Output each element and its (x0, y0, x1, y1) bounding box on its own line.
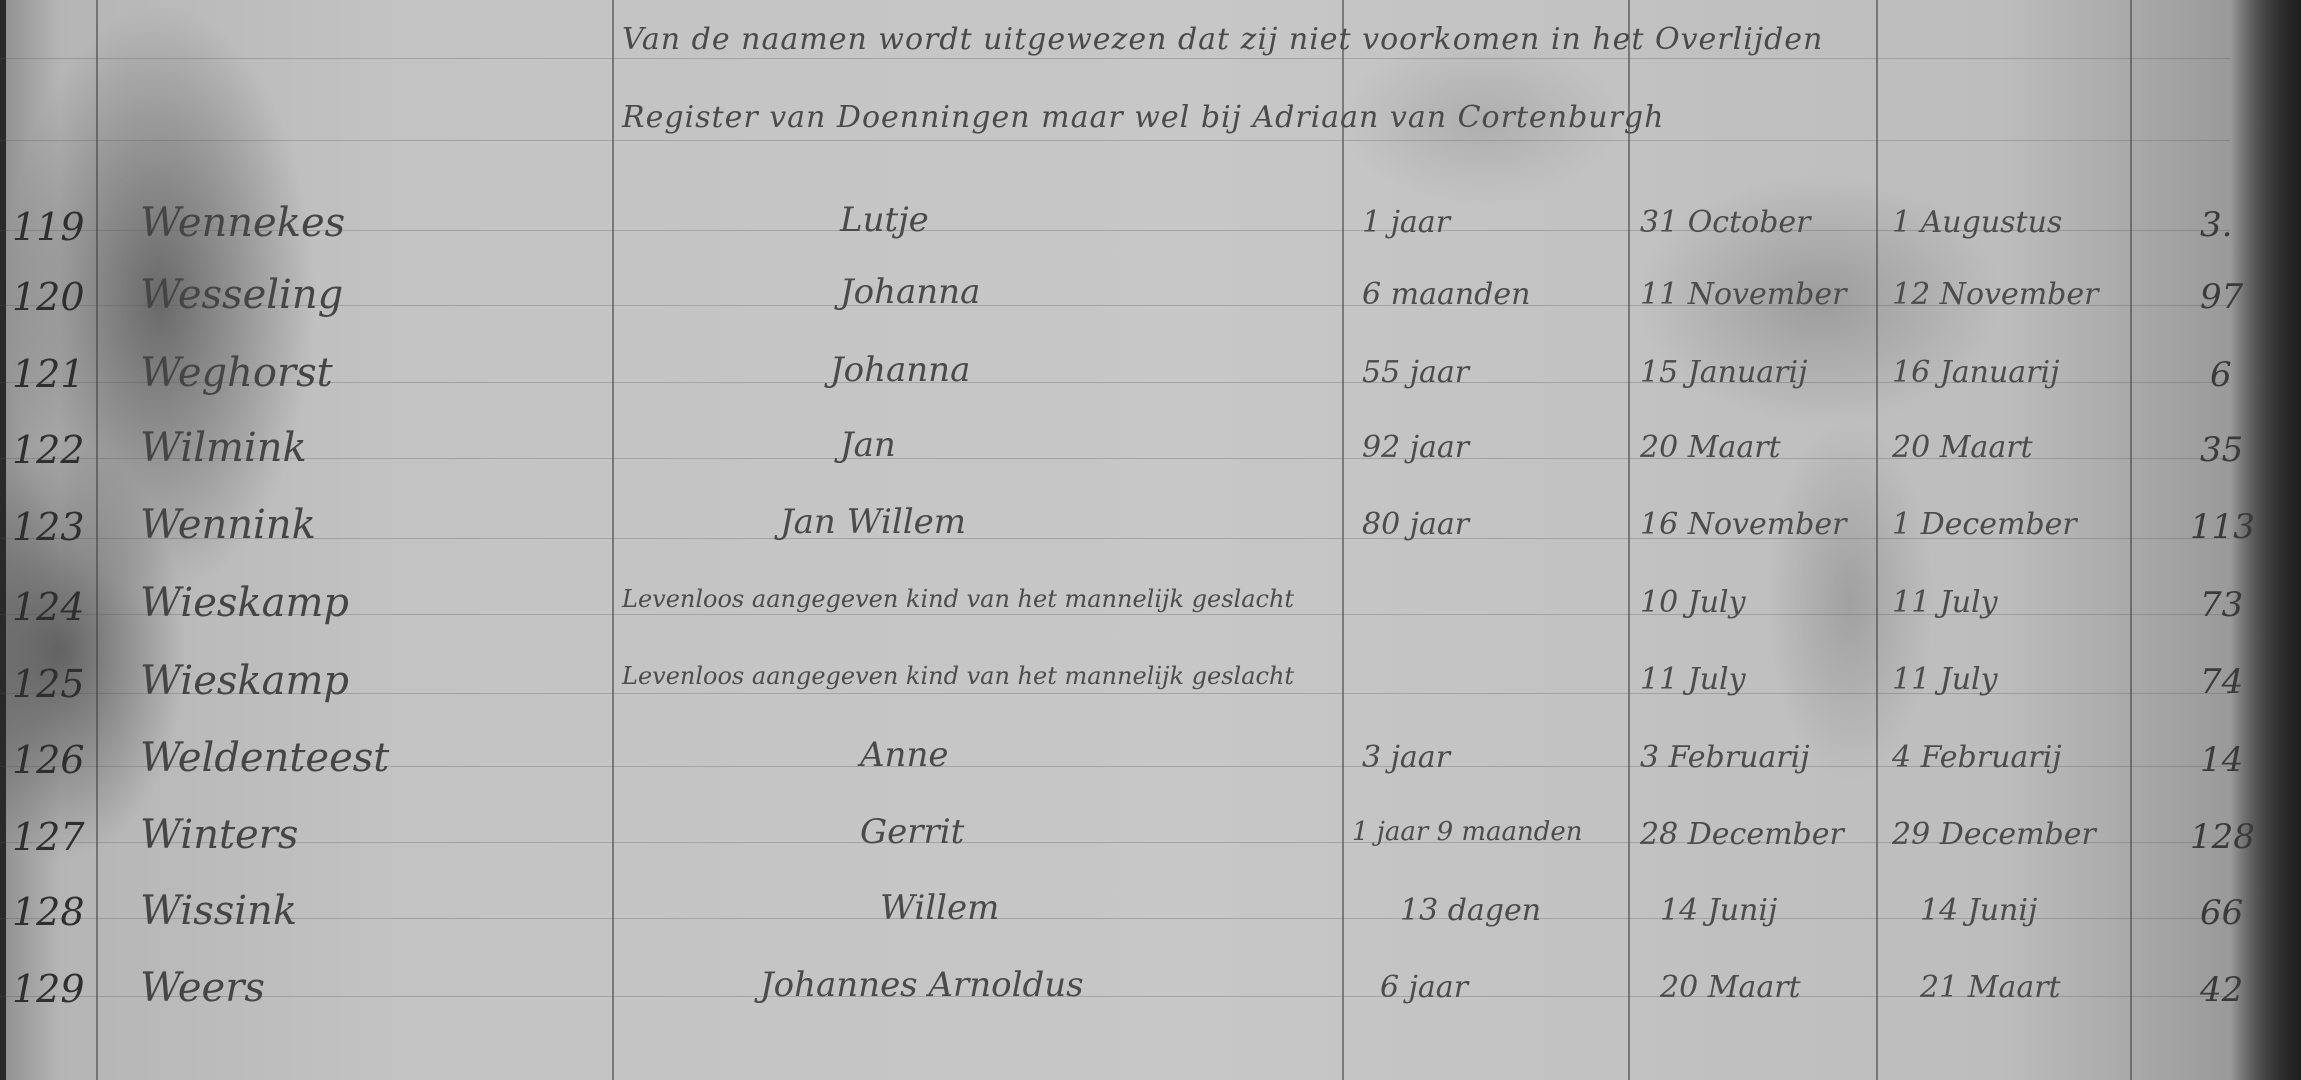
entry-number: 123 (12, 505, 85, 549)
surname: Wesseling (140, 272, 343, 318)
age: 55 jaar (1362, 355, 1469, 390)
age: 6 jaar (1380, 970, 1468, 1005)
entry-number: 129 (12, 967, 85, 1011)
given-name: Jan (840, 425, 896, 465)
act-number: 35 (2200, 430, 2243, 470)
surname: Wissink (140, 888, 297, 934)
surname: Wennekes (140, 200, 345, 246)
column-rule (612, 0, 614, 1080)
age: 92 jaar (1362, 430, 1469, 465)
death-date: 20 Maart (1640, 430, 1781, 465)
age: 6 maanden (1362, 277, 1530, 312)
ruled-line (0, 58, 2230, 59)
death-date: 3 Februarij (1640, 740, 1810, 775)
age: 3 jaar (1362, 740, 1450, 775)
given-name: Willem (880, 888, 999, 928)
entry-number: 128 (12, 890, 85, 934)
surname: Wennink (140, 502, 316, 548)
surname: Weers (140, 965, 265, 1011)
entry-number: 124 (12, 585, 85, 629)
death-date: 11 November (1640, 277, 1846, 312)
surname: Wieskamp (140, 658, 349, 704)
registration-date: 14 Junij (1920, 893, 2037, 928)
entry-number: 120 (12, 275, 85, 319)
act-number: 6 (2210, 355, 2232, 395)
surname: Wilmink (140, 425, 307, 471)
registration-date: 29 December (1892, 817, 2096, 852)
given-name: Levenloos aangegeven kind van het mannel… (622, 585, 1294, 613)
registration-date: 4 Februarij (1892, 740, 2062, 775)
header-line-1: Van de naamen wordt uitgewezen dat zij n… (622, 22, 1823, 57)
registration-date: 11 July (1892, 585, 1998, 620)
act-number: 3. (2200, 205, 2232, 245)
column-rule (1876, 0, 1878, 1080)
death-date: 28 December (1640, 817, 1844, 852)
ruled-line (0, 140, 2230, 141)
registration-date: 1 Augustus (1892, 205, 2062, 240)
ruled-line (0, 918, 2230, 919)
column-rule (2130, 0, 2132, 1080)
surname: Wieskamp (140, 580, 349, 626)
registration-date: 11 July (1892, 662, 1998, 697)
surname: Weldenteest (140, 735, 389, 781)
age: 80 jaar (1362, 507, 1469, 542)
given-name: Levenloos aangegeven kind van het mannel… (622, 662, 1294, 690)
header-line-2: Register van Doenningen maar wel bij Adr… (622, 100, 1664, 135)
entry-number: 126 (12, 738, 85, 782)
death-date: 10 July (1640, 585, 1746, 620)
given-name: Gerrit (860, 812, 964, 852)
column-rule (1342, 0, 1344, 1080)
given-name: Johanna (830, 350, 970, 390)
entry-number: 125 (12, 662, 85, 706)
given-name: Lutje (840, 200, 929, 240)
act-number: 128 (2190, 817, 2255, 857)
entry-number: 121 (12, 352, 85, 396)
column-rule (96, 0, 98, 1080)
surname: Winters (140, 812, 298, 858)
age: 1 jaar 9 maanden (1352, 817, 1583, 847)
registration-date: 21 Maart (1920, 970, 2061, 1005)
entry-number: 119 (12, 205, 85, 249)
act-number: 14 (2200, 740, 2243, 780)
act-number: 74 (2200, 662, 2243, 702)
ruled-line (0, 996, 2230, 997)
given-name: Anne (860, 735, 948, 775)
act-number: 42 (2200, 970, 2243, 1010)
act-number: 97 (2200, 277, 2243, 317)
act-number: 66 (2200, 893, 2243, 933)
registration-date: 1 December (1892, 507, 2077, 542)
age: 1 jaar (1362, 205, 1450, 240)
column-rule (1628, 0, 1630, 1080)
act-number: 73 (2200, 585, 2243, 625)
given-name: Jan Willem (780, 502, 966, 542)
entry-number: 127 (12, 815, 85, 859)
registration-date: 20 Maart (1892, 430, 2033, 465)
given-name: Johannes Arnoldus (760, 965, 1084, 1005)
surname: Weghorst (140, 350, 333, 396)
registration-date: 16 Januarij (1892, 355, 2059, 390)
act-number: 113 (2190, 507, 2255, 547)
death-date: 16 November (1640, 507, 1846, 542)
death-date: 20 Maart (1660, 970, 1801, 1005)
registration-date: 12 November (1892, 277, 2098, 312)
death-date: 15 Januarij (1640, 355, 1807, 390)
age: 13 dagen (1400, 893, 1541, 928)
death-date: 31 October (1640, 205, 1811, 240)
death-date: 14 Junij (1660, 893, 1777, 928)
given-name: Johanna (840, 272, 980, 312)
entry-number: 122 (12, 428, 85, 472)
death-date: 11 July (1640, 662, 1746, 697)
